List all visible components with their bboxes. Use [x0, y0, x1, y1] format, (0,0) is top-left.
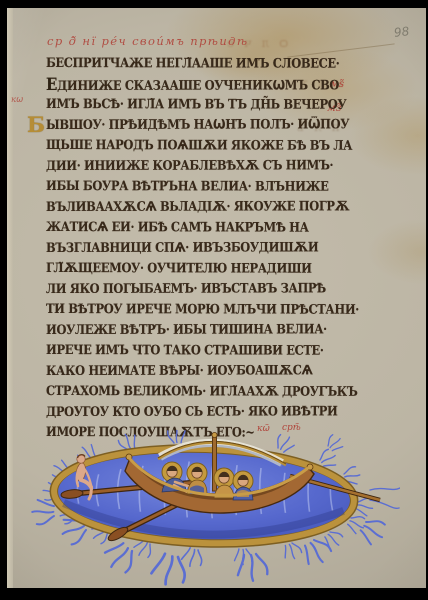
text-line: беспритчаже негл̃ааше имъ словесе·	[46, 54, 345, 75]
folio-number: 98	[393, 24, 410, 40]
text-line: дроугоу кто оубо сь есть· яко ивѣтри	[46, 402, 345, 423]
margin-note-left: кѡ	[11, 95, 23, 105]
header-rubric: ср д̃ нї ре́ч свои́мъ прѣидѣ	[47, 34, 248, 48]
text-line: щьше народъ поѧшѫи якоже бѣ въ ла	[46, 136, 345, 157]
text-line: имъ вьсѣ· игл̃а имъ въ тъ дн̃ь вечероу	[46, 95, 345, 116]
text-line: жатисѧ еи· ибѣ самъ накръмѣ на	[46, 218, 345, 239]
manuscript-page-photo: ѻ л ч е н п т п л ѣ 98 ср д̃ нї ре́ч сво…	[0, 0, 428, 600]
text-line: како неимате вѣры· иоубоашѫсѧ	[46, 361, 345, 382]
text-line: ывшоу· прѣидѣмъ наѡнъ полъ· иѿпоу	[46, 115, 345, 136]
miniature-storm-scene	[28, 430, 400, 588]
text-line: възглавници спѧ· ивъзбоудишѫи	[46, 238, 345, 259]
text-line: ли яко погыбаемъ· ивъставъ запрѣ	[46, 279, 345, 300]
text-line: иоулеже вѣтръ· ибы тишина велиа·	[46, 320, 345, 341]
text-line: ти вѣтроу ирече морю млъчи прѣстани·	[46, 300, 345, 321]
disciple-figure	[187, 463, 207, 494]
text-line: Единиже сказааше оученикѡмъ сво	[46, 74, 345, 95]
text-line: ибы боура вѣтръна велиа· влъниже	[46, 177, 345, 198]
illuminated-initial: Б	[27, 112, 45, 137]
text-line: въливаахѫсѧ вьладіѫ· якоуже погрѫ	[46, 197, 345, 218]
text-line: ирече имъ что тако страшиви есте·	[46, 341, 345, 362]
main-text-block: беспритчаже негл̃ааше имъ словесе· Едини…	[46, 54, 386, 444]
disciple-figure	[214, 468, 234, 498]
text-line: страхомь великомь· игл̃аахѫ дроугъкъ	[46, 382, 345, 403]
text-line: гл̃ѫщеемоу· оучителю нерадиши	[46, 259, 345, 280]
text-line: дии· инииже кораблевѣхѫ съ нимъ·	[46, 156, 345, 177]
